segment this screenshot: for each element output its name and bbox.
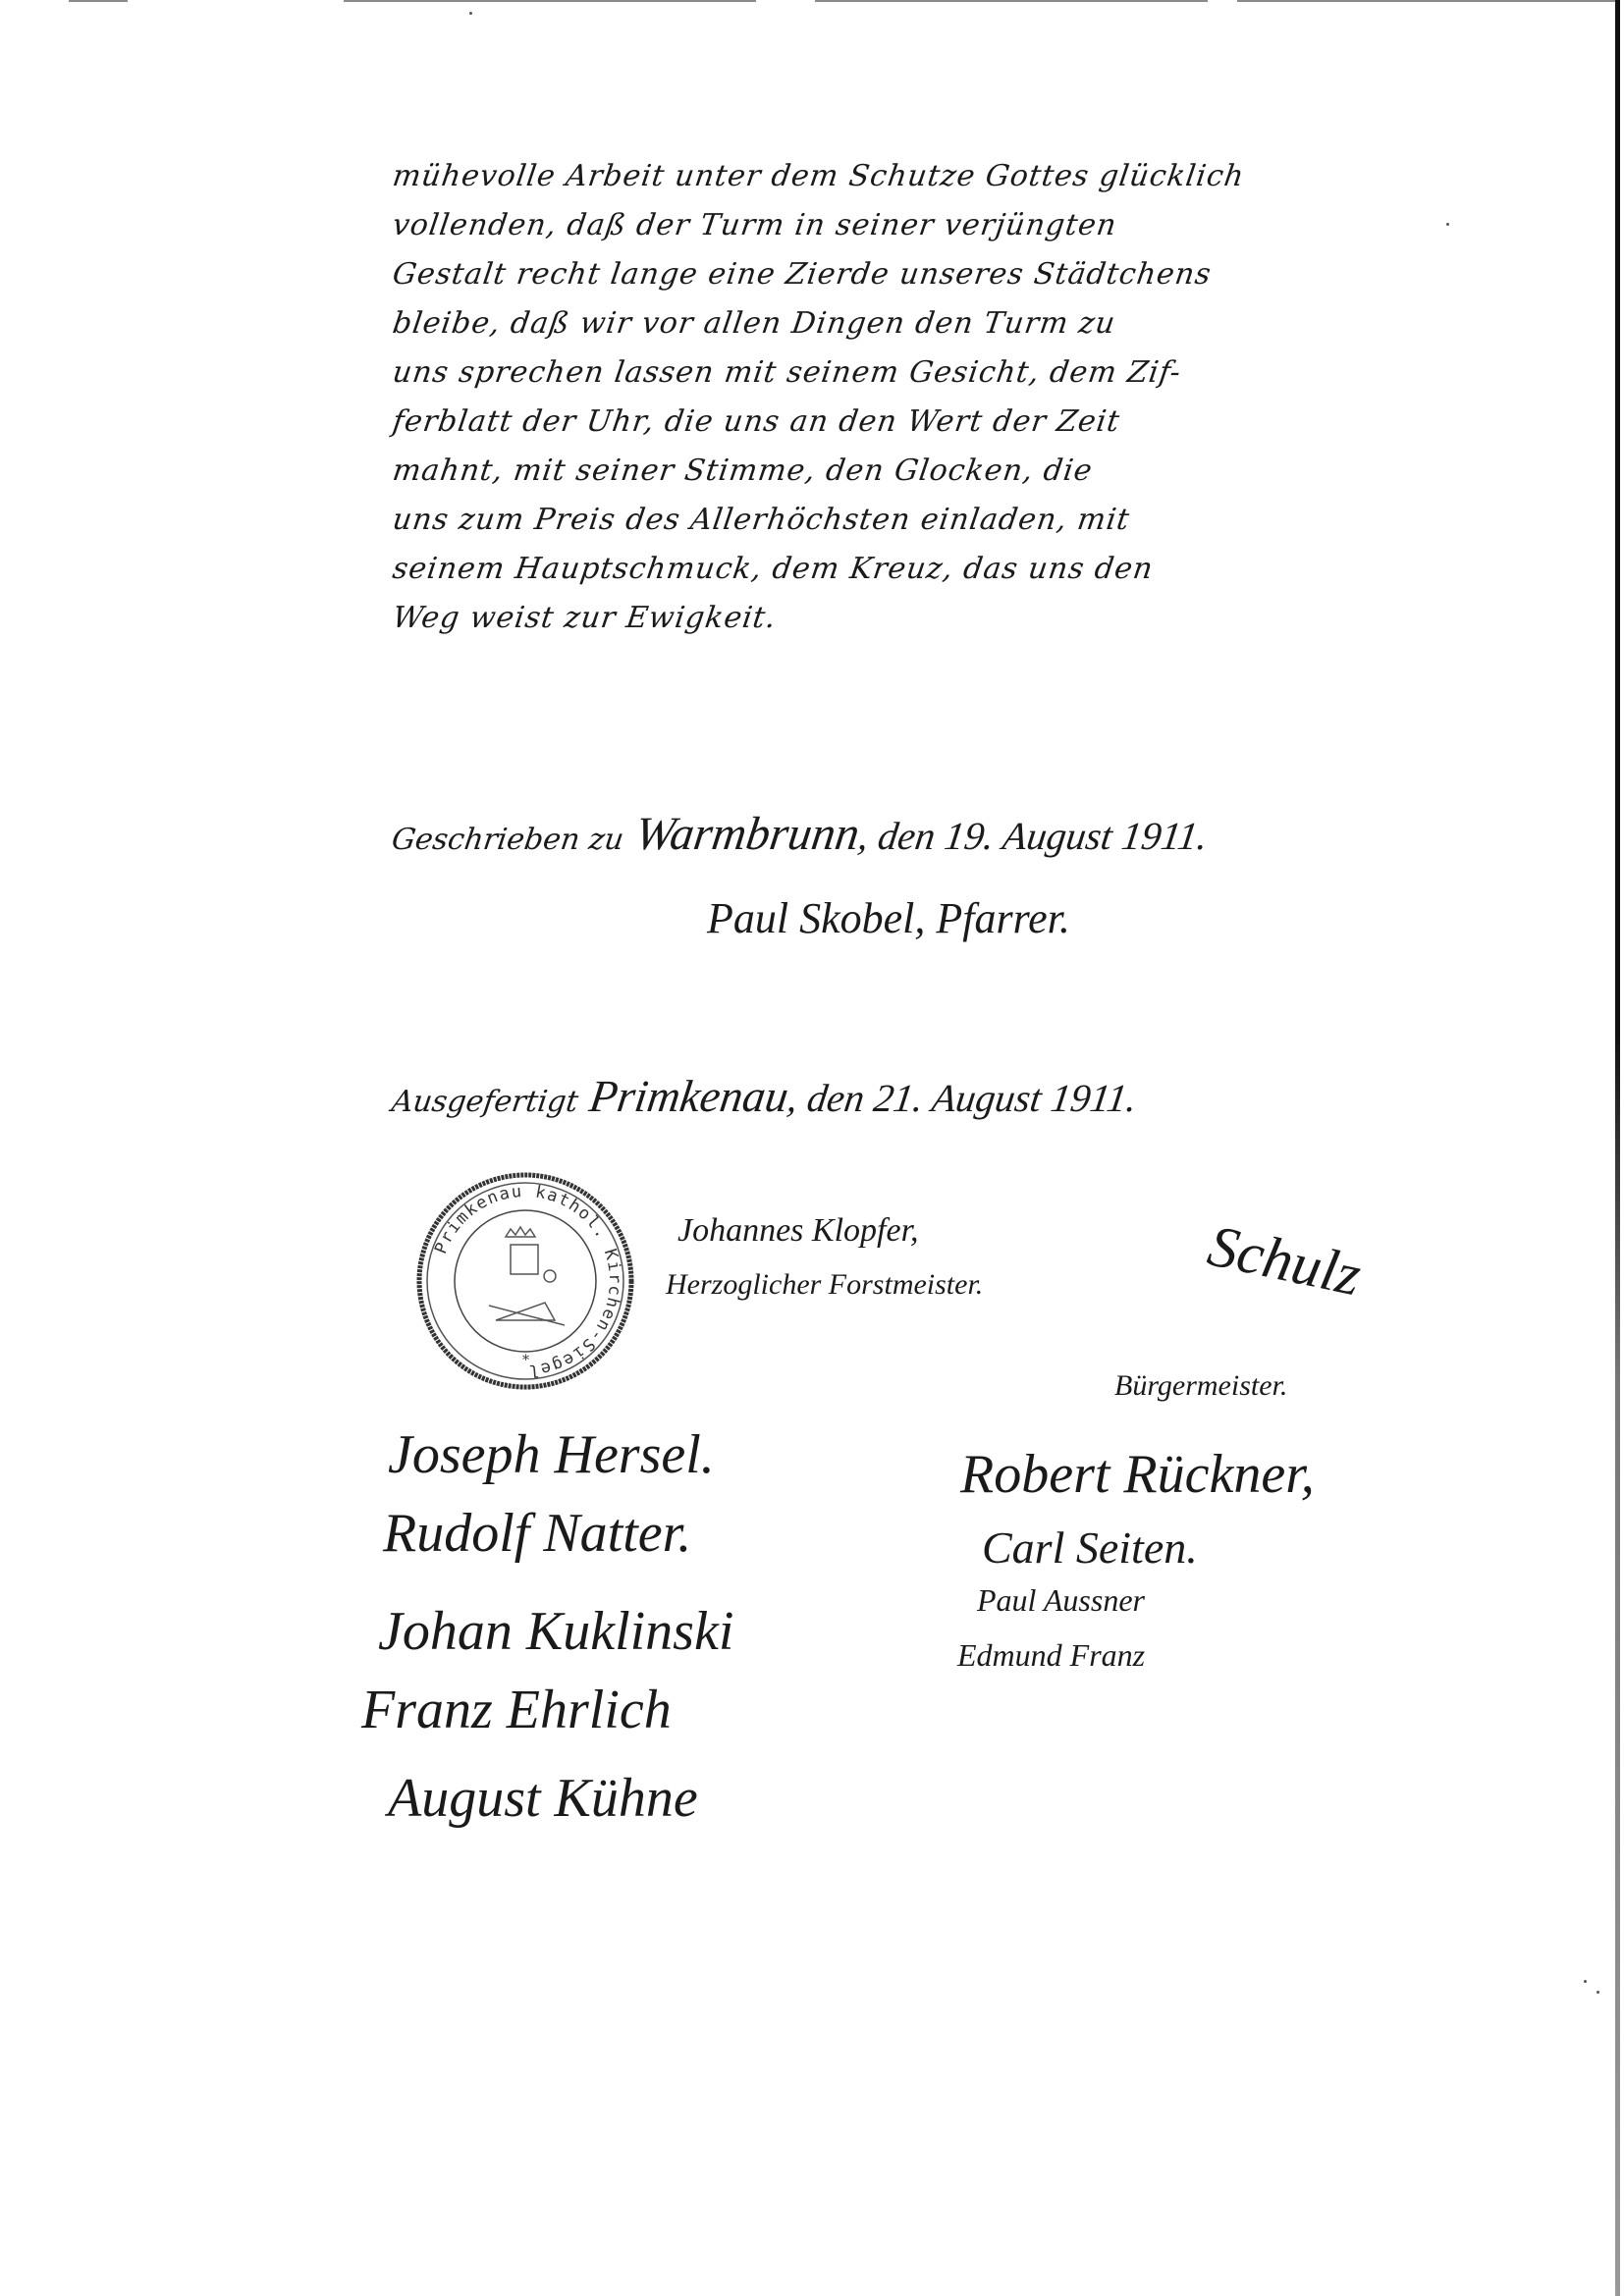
scan-edge-top bbox=[1237, 0, 1620, 2]
body-line: uns zum Preis des Allerhöchsten einladen… bbox=[389, 496, 1456, 545]
body-line: mahnt, mit seiner Stimme, den Glocken, d… bbox=[389, 447, 1456, 496]
body-line: ferblatt der Uhr, die uns an den Wert de… bbox=[389, 398, 1456, 447]
written-at-place: Warmbrunn bbox=[632, 808, 863, 860]
scan-speck bbox=[469, 12, 472, 15]
witness-signature: August Kühne bbox=[388, 1767, 698, 1830]
body-line: bleibe, daß wir vor allen Dingen den Tur… bbox=[389, 299, 1456, 348]
forester-name: Johannes Klopfer, bbox=[677, 1212, 919, 1250]
witness-signature: Johan Kuklinski bbox=[378, 1600, 733, 1663]
body-line: mühevolle Arbeit unter dem Schutze Gotte… bbox=[389, 152, 1456, 201]
scan-edge-right bbox=[1615, 0, 1620, 2296]
witness-signature: Paul Aussner bbox=[977, 1582, 1145, 1619]
witness-signature: Rudolf Natter. bbox=[383, 1502, 691, 1565]
executed-at-place: Primkenau bbox=[586, 1071, 791, 1121]
forester-title: Herzoglicher Forstmeister. bbox=[666, 1268, 983, 1302]
mayor-signature: Schulz bbox=[1203, 1211, 1368, 1309]
church-seal-icon: Primkenau kathol. Kirchen-Siegel * bbox=[412, 1168, 638, 1394]
body-line: Gestalt recht lange eine Zierde unseres … bbox=[389, 250, 1456, 299]
written-at-line: Geschrieben zu Warmbrunn, den 19. August… bbox=[389, 807, 1212, 861]
scan-edge-top bbox=[69, 0, 128, 2]
seal-star: * bbox=[522, 1353, 529, 1368]
scan-edge-top bbox=[344, 0, 756, 2]
executed-at-line: Ausgefertigt Primkenau, den 21. August 1… bbox=[389, 1070, 1140, 1122]
body-line: Weg weist zur Ewigkeit. bbox=[389, 594, 1456, 643]
scan-speck bbox=[1597, 1991, 1599, 1994]
witness-signature: Carl Seiten. bbox=[982, 1522, 1198, 1574]
written-at-prefix: Geschrieben zu bbox=[390, 823, 626, 857]
scan-speck bbox=[1584, 1980, 1587, 1983]
mayor-title: Bürgermeister. bbox=[1114, 1369, 1287, 1403]
pastor-signature: Paul Skobel, Pfarrer. bbox=[707, 893, 1070, 943]
scan-speck bbox=[1446, 223, 1449, 226]
witness-signature: Robert Rückner, bbox=[960, 1443, 1315, 1506]
letter-body: mühevolle Arbeit unter dem Schutze Gotte… bbox=[393, 152, 1453, 643]
executed-at-date: , den 21. August 1911. bbox=[785, 1076, 1140, 1120]
body-line: vollenden, daß der Turm in seiner verjün… bbox=[389, 201, 1456, 250]
scan-edge-top bbox=[815, 0, 1208, 2]
witness-signature: Joseph Hersel. bbox=[388, 1423, 715, 1486]
body-line: seinem Hauptschmuck, dem Kreuz, das uns … bbox=[389, 545, 1456, 594]
executed-at-prefix: Ausgefertigt bbox=[390, 1085, 580, 1119]
witness-signature: Edmund Franz bbox=[957, 1637, 1145, 1674]
witness-signature: Franz Ehrlich bbox=[361, 1679, 672, 1741]
written-at-date: , den 19. August 1911. bbox=[855, 814, 1211, 858]
body-line: uns sprechen lassen mit seinem Gesicht, … bbox=[389, 348, 1456, 398]
